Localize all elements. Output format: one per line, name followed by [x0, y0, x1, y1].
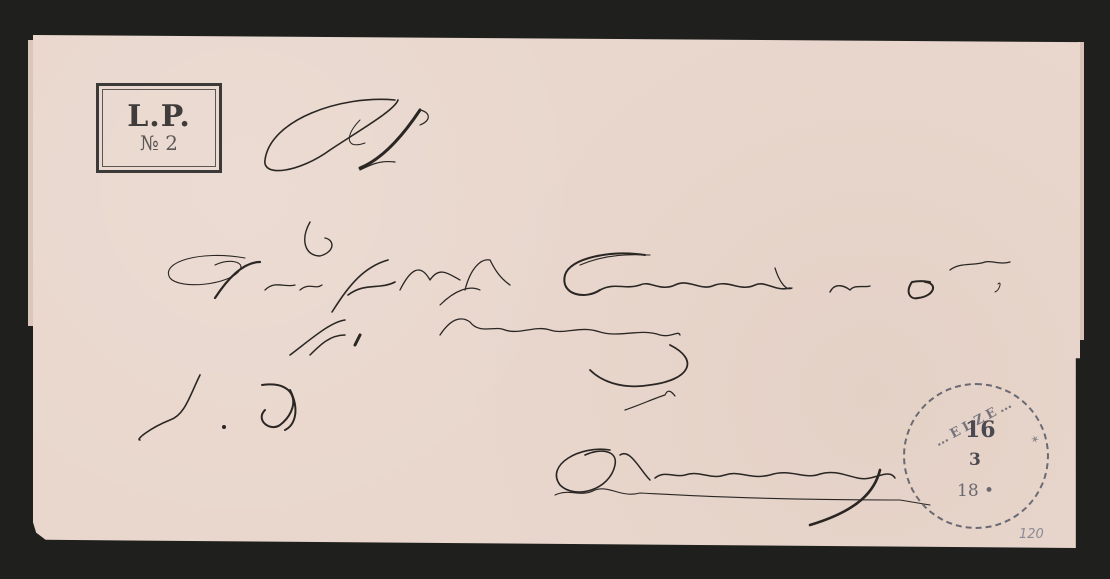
pencil-price-note: 120 — [1019, 527, 1044, 542]
postmark-hour-value: 18 — [957, 481, 979, 501]
address-salutation: An — [265, 100, 306, 135]
postmark-town-fragment: ✶ — [1027, 432, 1042, 448]
sender-endorsement: J. D. — [135, 390, 196, 425]
postmark-month: 3 — [969, 450, 981, 470]
address-preposition: zu — [625, 385, 646, 406]
postmark-hour-mark: • — [984, 481, 994, 501]
address-line1: Das Hochlöbliche Commando des 5ten — [170, 255, 759, 290]
address-line2: Inf. Bataillons — [290, 320, 502, 355]
postmark-hour: 18 • — [957, 481, 994, 501]
postmark-day: 16 — [965, 417, 996, 443]
address-destination: Oldenburg — [555, 450, 739, 490]
circular-date-stamp: …ELZE… ✶ 16 3 18 • — [903, 383, 1049, 529]
